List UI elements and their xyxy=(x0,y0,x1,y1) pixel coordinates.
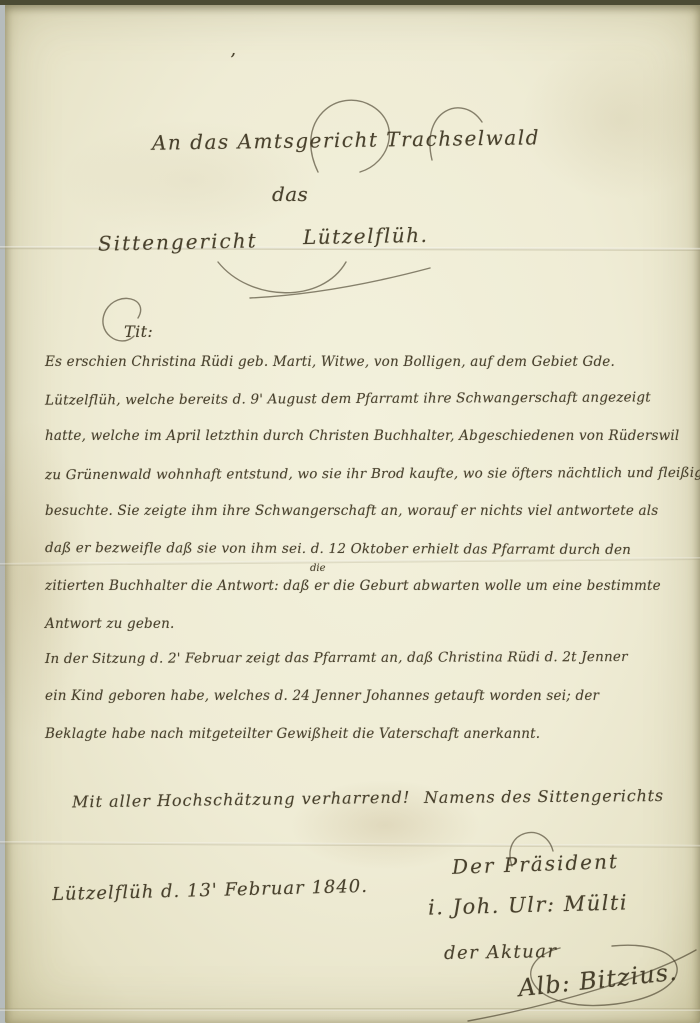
salutation: Tit: xyxy=(124,322,153,341)
address-line-sender: Sittengericht xyxy=(98,228,258,255)
body1-line-6: daß er bezweifle daß sie von ihm sei. d.… xyxy=(45,540,631,558)
body1-line-3: hatte, welche im April letzthin durch Ch… xyxy=(45,428,679,444)
body1-line-1: Es erschien Christina Rüdi geb. Marti, W… xyxy=(45,354,615,370)
body1-line-4: zu Grünenwald wohnhaft entstund, wo sie … xyxy=(45,465,700,483)
fold-crease-bottom xyxy=(0,1008,700,1011)
signature-actuary-role: der Aktuar xyxy=(444,941,558,964)
body1-line-8: Antwort zu geben. xyxy=(45,616,174,632)
body2-line-3: Beklagte habe nach mitgeteilter Gewißhei… xyxy=(45,726,540,742)
address-line-das: das xyxy=(272,182,308,206)
body2-line-2: ein Kind geboren habe, welches d. 24 Jen… xyxy=(45,688,599,704)
body1-line-5: besuchte. Sie zeigte ihm ihre Schwangers… xyxy=(45,503,658,519)
scanned-letter-page: ’ An das Amtsgericht Trachselwald das Si… xyxy=(0,0,700,1023)
body1-line-7: zitierten Buchhalter die Antwort: daß er… xyxy=(45,578,661,594)
address-line-place: Lützelflüh. xyxy=(303,223,429,249)
closing-on-behalf: Namens des Sittengerichts xyxy=(424,786,664,807)
scan-top-edge xyxy=(0,0,700,5)
interline-insertion-die: die xyxy=(310,563,326,574)
body1-line-2: Lützelflüh, welche bereits d. 9' August … xyxy=(45,389,651,408)
stray-ink-mark: ’ xyxy=(230,50,236,71)
body2-line-1: In der Sitzung d. 2' Februar zeigt das P… xyxy=(45,649,628,667)
